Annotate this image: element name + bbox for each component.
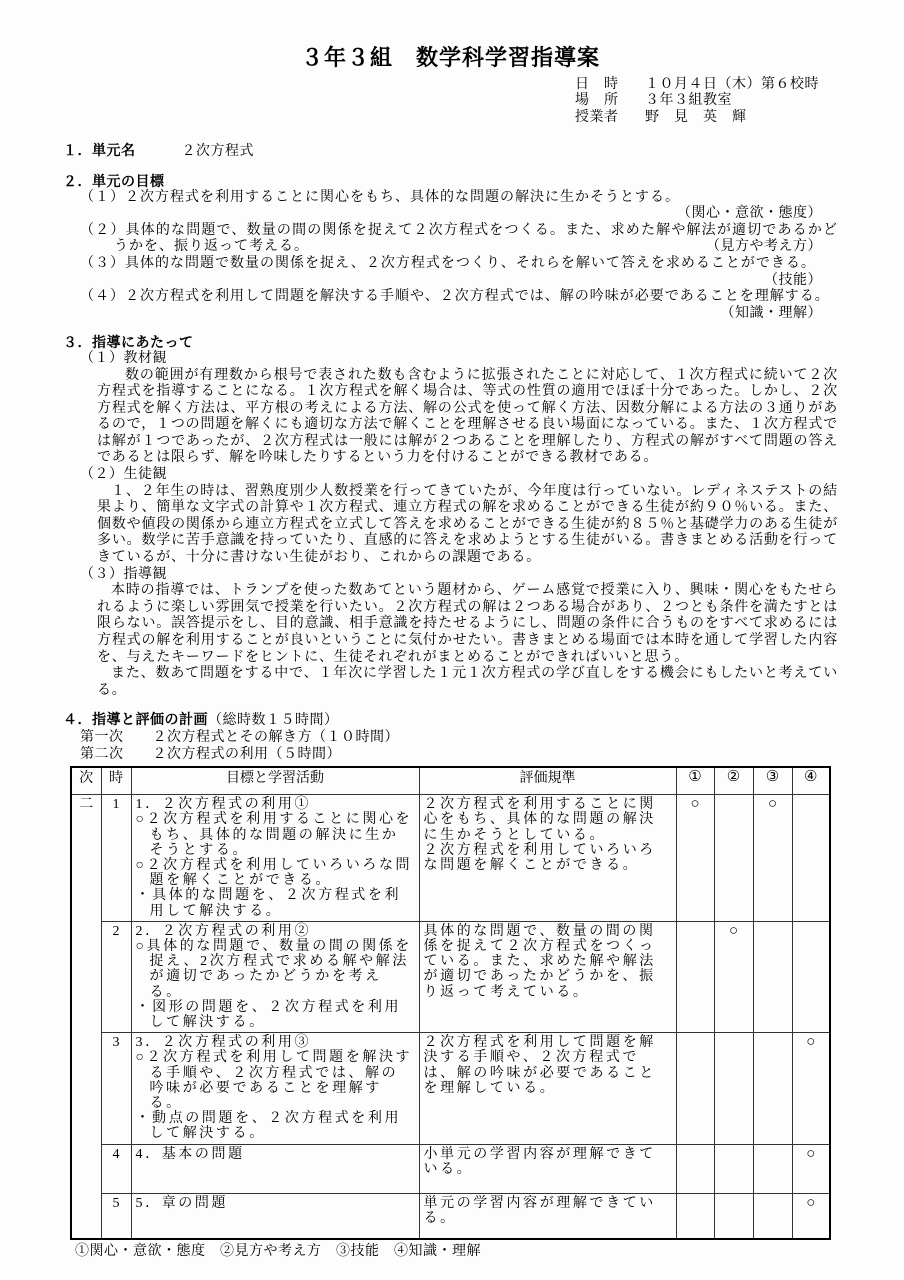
goal-3-category: （技能）	[63, 273, 838, 290]
section3-heading: ３．指導にあたって	[63, 334, 838, 351]
plan-row-4: 4 4．基本の問題 小単元の学習内容が理解できている。 ○	[71, 1144, 830, 1193]
goal-1-num: （１）	[80, 190, 125, 205]
row-1-criteria-p1: ２次方程式を利用することに関心をもち、具体的な問題の解決に生かそうとしている。	[424, 797, 672, 843]
row-4-mark-1	[676, 1144, 714, 1193]
row-5-mark-4: ○	[792, 1193, 830, 1239]
row-1-activity-title: 1．２次方程式の利用①	[136, 797, 415, 812]
section1-heading: １．単元名	[63, 142, 136, 158]
goal-4-text: ２次方程式を利用して問題を解決する手順や、２次方程式では、解の吟味が必要であるこ…	[125, 289, 830, 304]
row-1-mark-4	[792, 795, 830, 922]
lesson-plan-document: ３年３組 数学科学習指導案 日 時１０月４日（木）第６校時 場 所３年３組教室 …	[0, 0, 904, 1280]
row-1-mark-1: ○	[676, 795, 714, 922]
row-5-hour: 5	[101, 1193, 131, 1239]
row-1-activity-item: ○２次方程式を利用していろいろな問題を解くことができる。	[136, 858, 415, 888]
row-3-criteria-p1: ２次方程式を利用して問題を解決する手順や、２次方程式では、解の吟味が必要であるこ…	[424, 1035, 672, 1096]
row-2-mark-4	[792, 921, 830, 1032]
row-5-mark-1	[676, 1193, 714, 1239]
row-1-mark-2	[714, 795, 753, 922]
row-2-activity-item: ○具体的な問題で、数量の間の関係を捉え、2次方程式で求める解や解法が適切であった…	[136, 939, 415, 1000]
header-meta: 日 時１０月４日（木）第６校時 場 所３年３組教室 授業者野 見 英 輝	[575, 77, 838, 127]
col-header-phase: 次	[71, 767, 101, 795]
goal-4-category: （知識・理解）	[63, 306, 838, 323]
meta-teacher-value: 野 見 英 輝	[645, 110, 747, 125]
teaching-view-paragraph-2: また、数あて問題をする中で、１年次に学習した１元１次方程式の学び直しをする機会に…	[97, 666, 838, 699]
row-4-activity: 4．基本の問題	[131, 1144, 419, 1193]
subsection-student-view-title: （２）生徒観	[80, 467, 838, 484]
section-unit-goals: ２．単元の目標 （１）２次方程式を利用することに関心をもち、具体的な問題の解決に…	[63, 173, 838, 322]
col-header-criteria: 評価規準	[419, 767, 676, 795]
unit-goal-3: （３）具体的な問題で数量の関係を捉え、２次方程式をつくり、それらを解いて答えを求…	[80, 256, 838, 273]
goal-2-num: （２）	[80, 223, 126, 238]
row-2-mark-3	[753, 921, 792, 1032]
row-1-criteria: ２次方程式を利用することに関心をもち、具体的な問題の解決に生かそうとしている。 …	[419, 795, 676, 922]
section4-heading-line: ４．指導と評価の計画（総時数１５時間）	[63, 711, 838, 730]
section-teaching-notes: ３．指導にあたって （１）教材観 数の範囲が有理数から根号で表された数も含むよう…	[63, 334, 838, 699]
row-1-mark-3: ○	[753, 795, 792, 922]
meta-teacher-row: 授業者野 見 英 輝	[575, 110, 838, 127]
row-4-hour: 4	[101, 1144, 131, 1193]
row-5-activity: 5．章の問題	[131, 1193, 419, 1239]
row-2-activity: 2．２次方程式の利用② ○具体的な問題で、数量の間の関係を捉え、2次方程式で求め…	[131, 921, 419, 1032]
row-1-activity-item: ○２次方程式を利用することに関心をもち、具体的な問題の解決に生かそうとする。	[136, 812, 415, 858]
row-4-criteria: 小単元の学習内容が理解できている。	[419, 1144, 676, 1193]
row-1-activity: 1．２次方程式の利用① ○２次方程式を利用することに関心をもち、具体的な問題の解…	[131, 795, 419, 922]
row-3-mark-1	[676, 1033, 714, 1144]
row-2-criteria: 具体的な問題で、数量の間の関係を捉えて２次方程式をつくっている。また、求めた解や…	[419, 921, 676, 1032]
row-5-criteria-p1: 単元の学習内容が理解できている。	[424, 1196, 672, 1226]
section-plan: ４．指導と評価の計画（総時数１５時間） 第一次 ２次方程式とその解き方（１０時間…	[63, 711, 838, 1260]
goal-1-category: （関心・意欲・態度）	[63, 206, 838, 223]
row-4-mark-3	[753, 1144, 792, 1193]
meta-datetime-label: 日 時	[575, 77, 645, 94]
col-header-mark-3: ③	[753, 767, 792, 795]
teaching-view-paragraph-1: 本時の指導では、トランプを使った数あてという題材から、ゲーム感覚で授業に入り、興…	[97, 583, 838, 666]
row-2-hour: 2	[101, 921, 131, 1032]
row-5-mark-2	[714, 1193, 753, 1239]
col-header-mark-2: ②	[714, 767, 753, 795]
row-3-activity-item: ○２次方程式を利用して問題を解決する手順や、２次方程式では、解の吟味が必要である…	[136, 1050, 415, 1111]
plan-table-header-row: 次 時 目標と学習活動 評価規準 ① ② ③ ④	[71, 767, 830, 795]
col-header-mark-4: ④	[792, 767, 830, 795]
goal-4-num: （４）	[80, 289, 125, 304]
row-3-activity: 3．２次方程式の利用③ ○２次方程式を利用して問題を解決する手順や、２次方程式で…	[131, 1033, 419, 1144]
row-5-criteria: 単元の学習内容が理解できている。	[419, 1193, 676, 1239]
goal-1-text: ２次方程式を利用することに関心をもち、具体的な問題の解決に生かそうとする。	[125, 190, 680, 205]
row-3-activity-title: 3．２次方程式の利用③	[136, 1035, 415, 1050]
row-3-criteria: ２次方程式を利用して問題を解決する手順や、２次方程式では、解の吟味が必要であるこ…	[419, 1033, 676, 1144]
row-2-criteria-p1: 具体的な問題で、数量の間の関係を捉えて２次方程式をつくっている。また、求めた解や…	[424, 924, 672, 1000]
plan-table: 次 時 目標と学習活動 評価規準 ① ② ③ ④ 二 1 1．２次方程式の利用①…	[70, 766, 831, 1239]
subsection-teaching-view-title: （３）指導観	[80, 567, 838, 584]
row-3-hour: 3	[101, 1033, 131, 1144]
unit-goal-1: （１）２次方程式を利用することに関心をもち、具体的な問題の解決に生かそうとする。	[80, 190, 838, 207]
row-2-activity-title: 2．２次方程式の利用②	[136, 924, 415, 939]
goal-3-num: （３）	[80, 256, 125, 271]
plan-row-5: 5 5．章の問題 単元の学習内容が理解できている。 ○	[71, 1193, 830, 1239]
meta-place-label: 場 所	[575, 93, 645, 110]
meta-datetime-value: １０月４日（木）第６校時	[645, 77, 819, 92]
section2-heading: ２．単元の目標	[63, 173, 838, 190]
row-5-activity-title: 5．章の問題	[136, 1196, 415, 1211]
goal-3-text: 具体的な問題で数量の関係を捉え、２次方程式をつくり、それらを解いて答えを求めるこ…	[125, 256, 816, 271]
phase-1-line: 第一次 ２次方程式とその解き方（１０時間）	[80, 730, 838, 747]
row-1-criteria-p2: ２次方程式を利用していろいろな問題を解くことができる。	[424, 843, 672, 873]
col-header-activity: 目標と学習活動	[131, 767, 419, 795]
meta-teacher-label: 授業者	[575, 110, 645, 127]
row-2-mark-1	[676, 921, 714, 1032]
unit-name-value: ２次方程式	[182, 144, 255, 159]
row-4-mark-2	[714, 1144, 753, 1193]
row-5-mark-3	[753, 1193, 792, 1239]
row-3-mark-3	[753, 1033, 792, 1144]
row-1-hour: 1	[101, 795, 131, 922]
row-3-mark-2	[714, 1033, 753, 1144]
row-3-mark-4: ○	[792, 1033, 830, 1144]
row-3-activity-item: ・動点の問題を、２次方程式を利用して解決する。	[136, 1111, 415, 1141]
material-view-paragraph: 数の範囲が有理数から根号で表された数も含むように拡張されたことに対応して、１次方…	[97, 368, 838, 468]
row-2-mark-2: ○	[714, 921, 753, 1032]
meta-place-value: ３年３組教室	[645, 93, 732, 108]
criteria-legend: ①関心・意欲・態度 ②見方や考え方 ③技能 ④知識・理解	[75, 1244, 838, 1261]
col-header-mark-1: ①	[676, 767, 714, 795]
section4-heading-note: （総時数１５時間）	[208, 713, 339, 728]
subsection-material-view-title: （１）教材観	[80, 351, 838, 368]
document-title: ３年３組 数学科学習指導案	[63, 50, 838, 67]
row-2-activity-item: ・図形の問題を、２次方程式を利用して解決する。	[136, 1000, 415, 1030]
unit-goal-4: （４）２次方程式を利用して問題を解決する手順や、２次方程式では、解の吟味が必要で…	[80, 289, 838, 306]
phase-label-cell: 二	[71, 795, 101, 1239]
plan-row-3: 3 3．２次方程式の利用③ ○２次方程式を利用して問題を解決する手順や、２次方程…	[71, 1033, 830, 1144]
plan-row-1: 二 1 1．２次方程式の利用① ○２次方程式を利用することに関心をもち、具体的な…	[71, 795, 830, 922]
row-4-activity-title: 4．基本の問題	[136, 1147, 415, 1162]
phase-2-line: 第二次 ２次方程式の利用（５時間）	[80, 747, 838, 764]
student-view-paragraph: １、２年生の時は、習熟度別少人数授業を行ってきていたが、今年度は行っていない。レ…	[97, 484, 838, 567]
meta-datetime-row: 日 時１０月４日（木）第６校時	[575, 77, 838, 94]
plan-row-2: 2 2．２次方程式の利用② ○具体的な問題で、数量の間の関係を捉え、2次方程式で…	[71, 921, 830, 1032]
row-4-criteria-p1: 小単元の学習内容が理解できている。	[424, 1147, 672, 1177]
meta-place-row: 場 所３年３組教室	[575, 93, 838, 110]
section-unit-name: １．単元名２次方程式	[63, 142, 838, 161]
row-1-activity-item: ・具体的な問題を、２次方程式を利用して解決する。	[136, 888, 415, 918]
col-header-hour: 時	[101, 767, 131, 795]
section4-heading: ４．指導と評価の計画	[63, 711, 208, 727]
row-4-mark-4: ○	[792, 1144, 830, 1193]
